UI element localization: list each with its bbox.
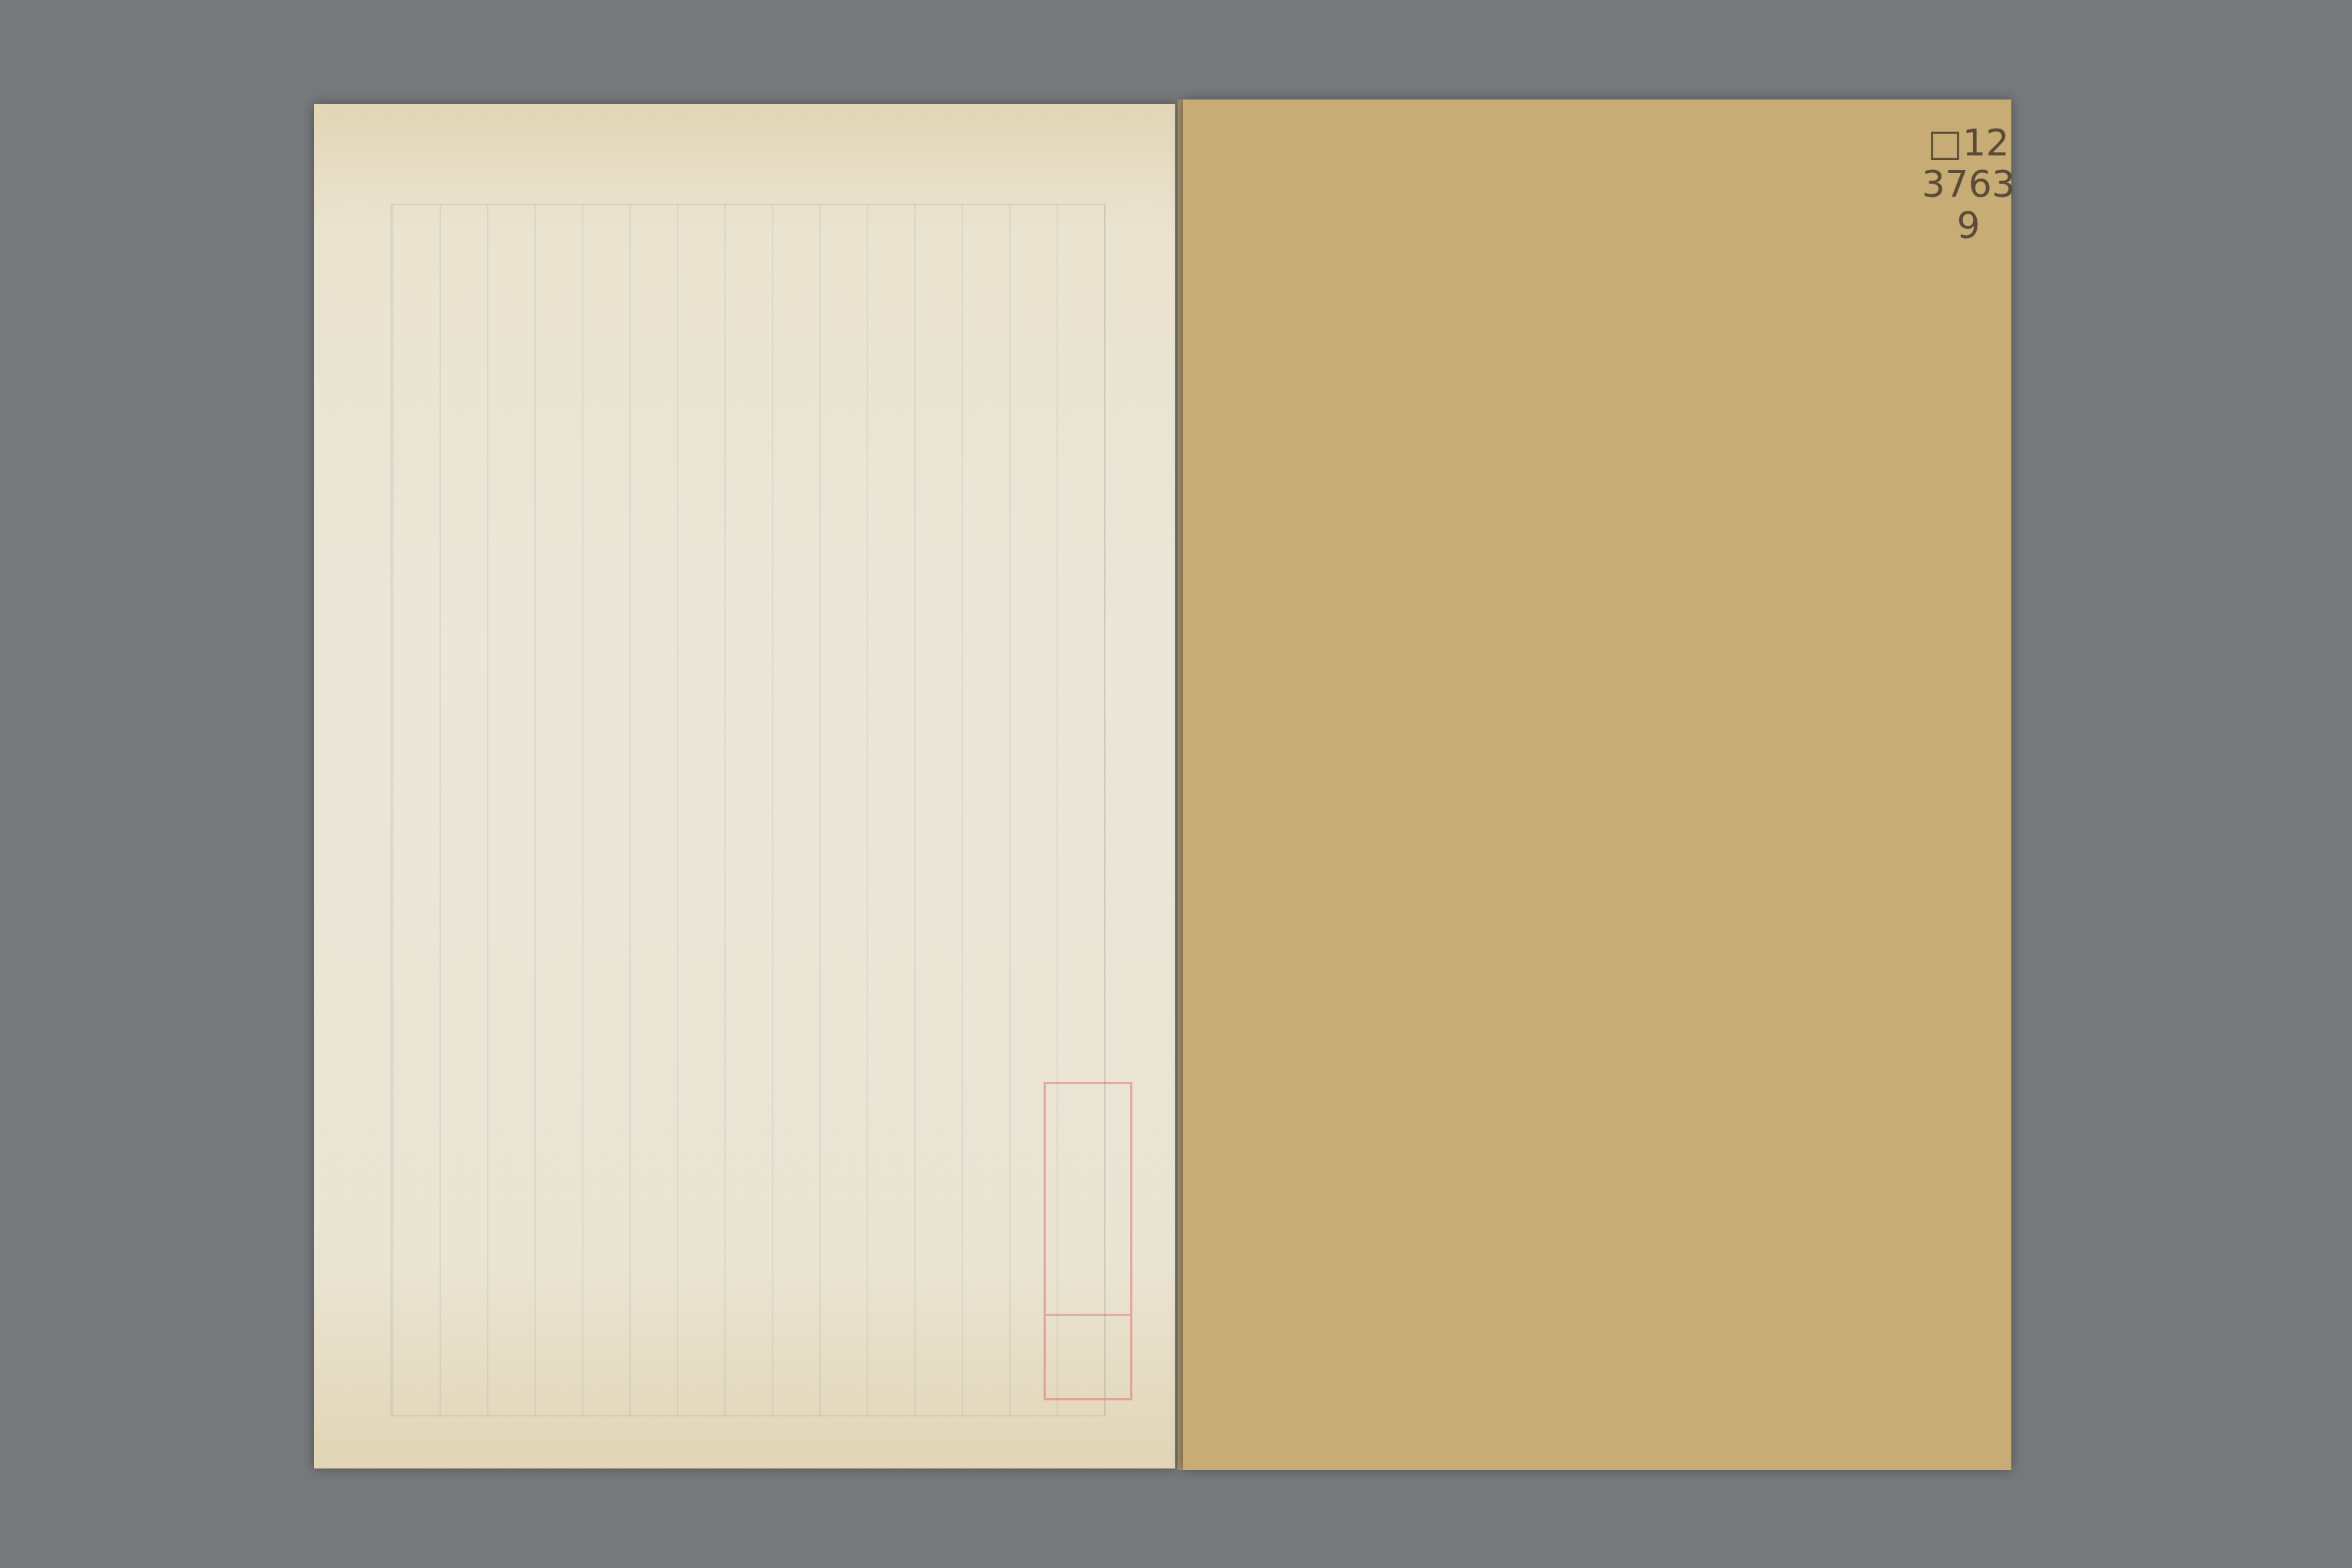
library-stamp — [1044, 1082, 1132, 1400]
handwritten-call-number: □12 3763 9 — [1922, 122, 2015, 247]
call-number-line-2: 3763 — [1922, 164, 2015, 205]
right-page-cover — [1183, 100, 2011, 1470]
call-number-line-3: 9 — [1922, 205, 2015, 247]
call-number-line-1: □12 — [1922, 122, 2015, 164]
ruled-columns — [390, 204, 1106, 1416]
stamp-divider — [1046, 1314, 1130, 1316]
